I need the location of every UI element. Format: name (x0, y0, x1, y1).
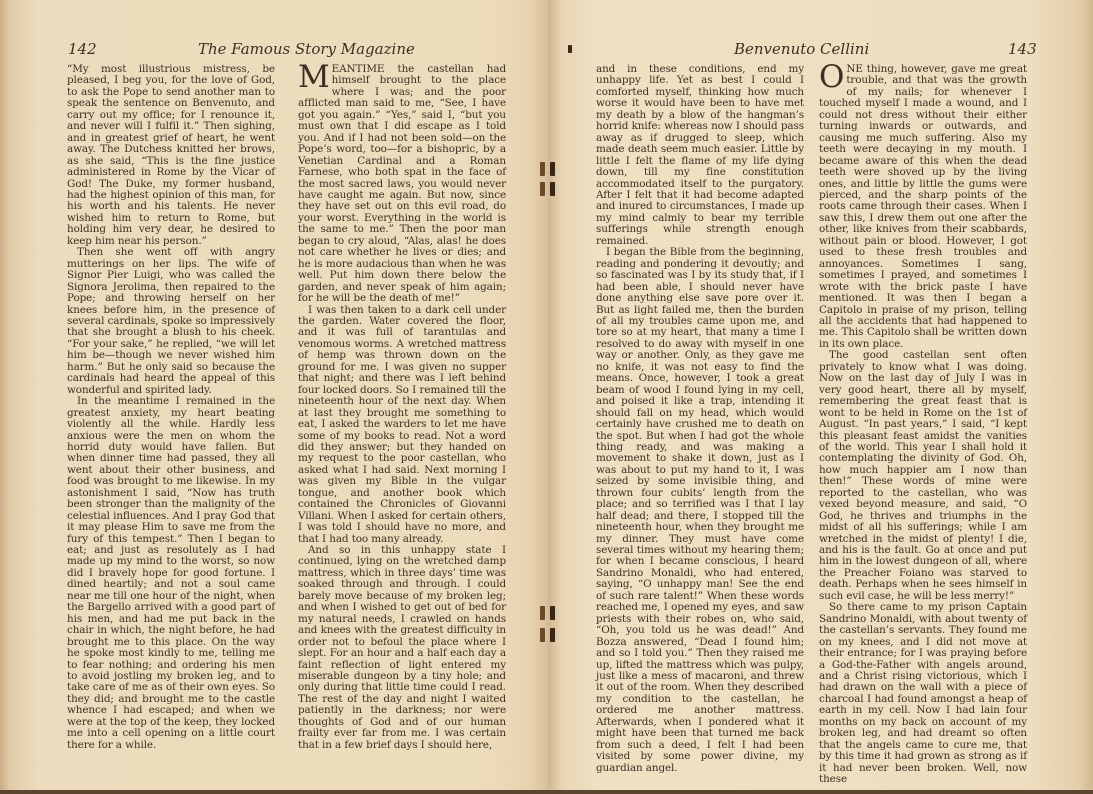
running-head: Benvenuto Cellini (734, 40, 869, 58)
magazine-spread: 142 The Famous Story Magazine “My most i… (0, 0, 1093, 794)
binding-staple-mark (568, 45, 572, 53)
paragraph-with-dropcap: MEANTIME the castellan had himself broug… (298, 64, 506, 305)
paragraph: I began the Bible from the beginning, re… (596, 247, 804, 774)
page-number: 143 (1008, 40, 1037, 58)
right-page-column-1: and in these conditions, end my unhappy … (596, 64, 804, 774)
binding-staple-mark (550, 628, 555, 642)
paragraph: The good castellan sent often privately … (819, 350, 1027, 602)
binding-staple-mark (540, 628, 545, 642)
page-number: 142 (68, 40, 97, 58)
binding-staple-mark (550, 162, 555, 176)
left-page-column-1: “My most illustrious mistress, be please… (67, 64, 275, 751)
left-page: 142 The Famous Story Magazine “My most i… (0, 0, 548, 790)
paragraph-with-dropcap: ONE thing, however, gave me great troubl… (819, 64, 1027, 350)
binding-staple-mark (550, 182, 555, 196)
running-head: The Famous Story Magazine (198, 40, 415, 58)
paragraph-text: NE thing, however, gave me great trouble… (819, 63, 1027, 350)
binding-staple-mark (540, 606, 545, 620)
paragraph: So there came to my prison Captain Sandr… (819, 602, 1027, 785)
drop-cap: O (819, 65, 844, 89)
paragraph-text: EANTIME the castellan had himself brough… (298, 63, 506, 304)
right-page: Benvenuto Cellini 143 and in these condi… (548, 0, 1093, 790)
paragraph: In the meantime I remained in the greate… (67, 396, 275, 751)
binding-staple-mark (550, 606, 555, 620)
left-page-column-2: MEANTIME the castellan had himself broug… (298, 64, 506, 751)
paragraph: and in these conditions, end my unhappy … (596, 64, 804, 247)
paragraph: Then she went off with angry mutterings … (67, 247, 275, 396)
paragraph: “My most illustrious mistress, be please… (67, 64, 275, 247)
right-page-column-2: ONE thing, however, gave me great troubl… (819, 64, 1027, 786)
binding-staple-mark (540, 162, 545, 176)
binding-staple-mark (540, 182, 545, 196)
paragraph: I was then taken to a dark cell under th… (298, 305, 506, 546)
paragraph: And so in this unhappy state I continued… (298, 545, 506, 751)
drop-cap: M (298, 65, 330, 89)
